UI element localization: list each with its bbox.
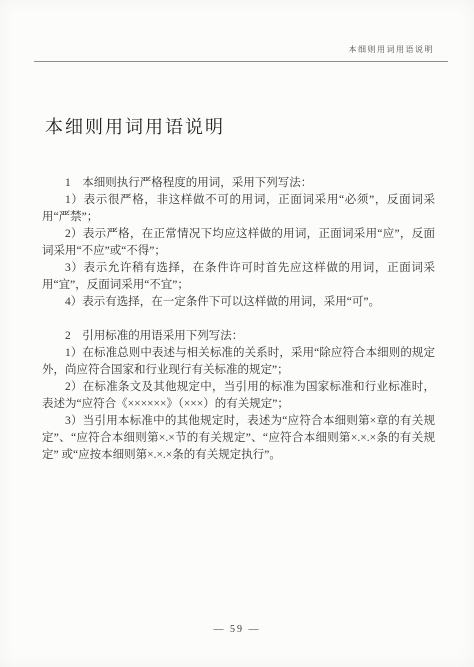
paragraph-section2-heading: 2 引用标准的用语采用下列写法： xyxy=(42,328,435,345)
page-title: 本细则用词用语说明 xyxy=(45,113,225,139)
paragraph-item: 3）当引用本标准中的其他规定时，表述为“应符合本细则第×章的有关规定”、“应符合… xyxy=(42,413,435,464)
running-header: 本细则用词用语说明 xyxy=(349,44,435,55)
page-number: — 59 — xyxy=(0,624,474,635)
document-page: 本细则用词用语说明 本细则用词用语说明 1 本细则执行严格程度的用词，采用下列写… xyxy=(0,0,474,667)
paragraph-item: 1）表示很严格，非这样做不可的用词，正面词采用“必须”，反面词采用“严禁”； xyxy=(42,192,435,226)
document-body: 1 本细则执行严格程度的用词，采用下列写法： 1）表示很严格，非这样做不可的用词… xyxy=(42,175,435,464)
paragraph-item: 2）在标准条文及其他规定中，当引用的标准为国家标准和行业标准时，表述为“应符合《… xyxy=(42,379,435,413)
paragraph-item: 4）表示有选择，在一定条件下可以这样做的用词，采用“可”。 xyxy=(42,294,435,311)
paragraph-item: 2）表示严格，在正常情况下均应这样做的用词，正面词采用“应”，反面词采用“不应”… xyxy=(42,226,435,260)
paragraph-item: 1）在标准总则中表述与相关标准的关系时，采用“除应符合本细则的规定外，尚应符合国… xyxy=(42,345,435,379)
paragraph-item: 3）表示允许稍有选择，在条件许可时首先应这样做的用词，正面词采用“宜”，反面词采… xyxy=(42,260,435,294)
paragraph-section1-heading: 1 本细则执行严格程度的用词，采用下列写法： xyxy=(42,175,435,192)
header-rule xyxy=(34,61,448,62)
